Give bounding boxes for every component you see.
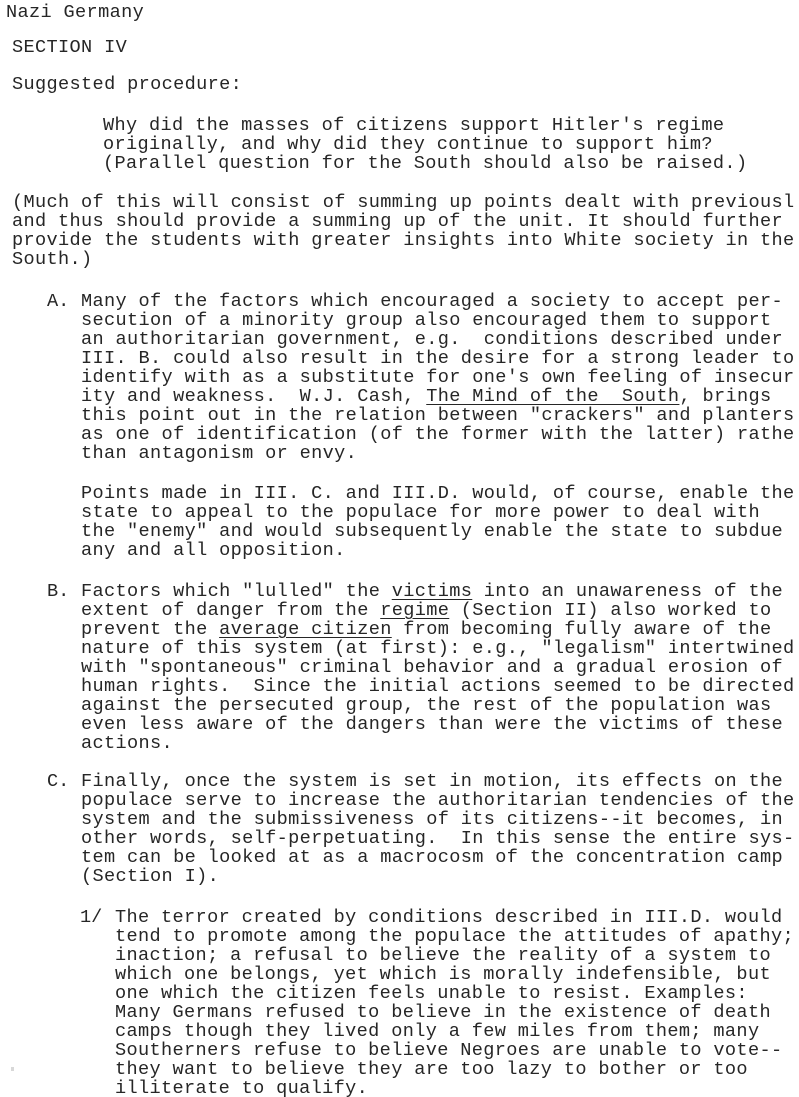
item-line: Factors which "lulled" the victims into …: [81, 582, 783, 601]
underlined-term: victims: [392, 581, 473, 602]
document-title: Nazi Germany: [6, 3, 144, 22]
book-title: The Mind of the South: [426, 386, 679, 407]
paper-speck: [11, 1067, 14, 1071]
procedure-label: Suggested procedure:: [12, 75, 242, 94]
text-fragment: from becoming fully aware of the: [392, 619, 772, 640]
text-fragment: extent of danger from the: [81, 600, 380, 621]
sub-item-line: illiterate to qualify.: [115, 1079, 368, 1097]
item-line: identify with as a substitute for one's …: [81, 368, 795, 387]
item-line: system and the submissiveness of its cit…: [81, 810, 783, 829]
item-line: as one of identification (of the former …: [81, 425, 795, 444]
sub-item-line: which one belongs, yet which is morally …: [115, 965, 771, 984]
intro-line: provide the students with greater insigh…: [12, 231, 795, 250]
item-line: human rights. Since the initial actions …: [81, 677, 795, 696]
item-line: other words, self-perpetuating. In this …: [81, 829, 795, 848]
item-line: even less aware of the dangers than were…: [81, 715, 783, 734]
text-fragment: ity and weakness. W.J. Cash,: [81, 386, 426, 407]
text-fragment: prevent the: [81, 619, 219, 640]
sub-item-line: camps though they lived only a few miles…: [115, 1022, 759, 1041]
item-marker: C.: [47, 772, 69, 791]
underlined-term: average citizen: [219, 619, 392, 640]
sub-item-line: Many Germans refused to believe in the e…: [115, 1003, 771, 1022]
question-line: Why did the masses of citizens support H…: [103, 116, 724, 135]
item-line: (Section I).: [81, 867, 219, 886]
sub-item-line: they want to believe they are too lazy t…: [115, 1060, 748, 1079]
item-line: state to appeal to the populace for more…: [81, 503, 760, 522]
item-line: with "spontaneous" criminal behavior and…: [81, 658, 783, 677]
item-line: III. B. could also result in the desire …: [81, 349, 795, 368]
typewritten-page: Nazi Germany SECTION IV Suggested proced…: [0, 0, 799, 1097]
item-line: Finally, once the system is set in motio…: [81, 772, 783, 791]
item-line: prevent the average citizen from becomin…: [81, 620, 772, 639]
item-line: actions.: [81, 734, 173, 753]
text-fragment: into an unawareness of the: [472, 581, 783, 602]
item-line: secution of a minority group also encour…: [81, 311, 771, 330]
item-line: against the persecuted group, the rest o…: [81, 696, 771, 715]
sub-item-line: Southerners refuse to believe Negroes ar…: [115, 1041, 782, 1060]
item-line: extent of danger from the regime (Sectio…: [81, 601, 772, 620]
item-line: any and all opposition.: [81, 541, 346, 560]
intro-line: and thus should provide a summing up of …: [12, 212, 783, 231]
text-fragment: (Section II) also worked to: [449, 600, 771, 621]
item-line: Points made in III. C. and III.D. would,…: [81, 484, 795, 503]
intro-line: (Much of this will consist of summing up…: [12, 193, 795, 212]
section-heading: SECTION IV: [12, 38, 127, 57]
item-line: nature of this system (at first): e.g., …: [81, 639, 795, 658]
sub-item-line: one which the citizen feels unable to re…: [115, 984, 748, 1003]
item-line: populace serve to increase the authorita…: [81, 791, 795, 810]
item-marker: A.: [47, 292, 69, 311]
item-marker: B.: [47, 582, 69, 601]
sub-item-line: The terror created by conditions describ…: [115, 908, 782, 927]
item-line: the "enemy" and would subsequently enabl…: [81, 522, 783, 541]
question-line: originally, and why did they continue to…: [103, 135, 713, 154]
item-line: tem can be looked at as a macrocosm of t…: [81, 848, 783, 867]
sub-item-marker: 1/: [80, 908, 102, 927]
item-line: ity and weakness. W.J. Cash, The Mind of…: [81, 387, 772, 406]
item-line: than antagonism or envy.: [81, 444, 357, 463]
text-fragment: Factors which "lulled" the: [81, 581, 392, 602]
text-fragment: , brings: [679, 386, 771, 407]
item-line: Many of the factors which encouraged a s…: [81, 292, 783, 311]
sub-item-line: tend to promote among the populace the a…: [115, 927, 794, 946]
item-line: this point out in the relation between "…: [81, 406, 795, 425]
intro-line: South.): [12, 250, 93, 269]
underlined-term: regime: [380, 600, 449, 621]
question-line: (Parallel question for the South should …: [103, 154, 747, 173]
sub-item-line: inaction; a refusal to believe the reali…: [115, 946, 771, 965]
item-line: an authoritarian government, e.g. condit…: [81, 330, 783, 349]
